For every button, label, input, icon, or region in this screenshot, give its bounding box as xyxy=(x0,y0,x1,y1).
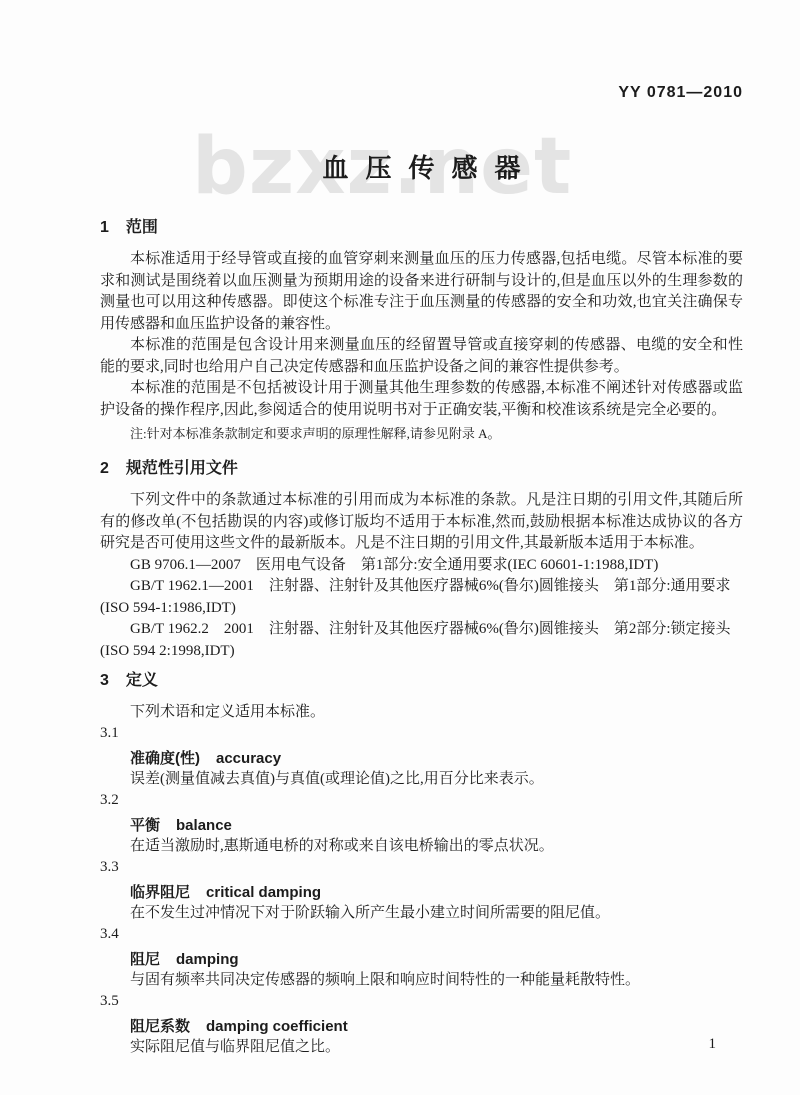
page-number: 1 xyxy=(709,1036,717,1053)
reference-line: GB 9706.1—2007 医用电气设备 第1部分:安全通用要求(IEC 60… xyxy=(100,555,743,577)
section-3-heading: 3定义 xyxy=(100,672,743,690)
term-name-cn: 临界阻尼 xyxy=(130,884,190,901)
term-name-cn: 准确度(性) xyxy=(130,750,200,767)
term-name-en: critical damping xyxy=(206,884,321,901)
reference-line: GB/T 1962.2 2001 注射器、注射针及其他医疗器械6%(鲁尔)圆锥接… xyxy=(100,619,743,641)
term-definition: 与固有频率共同决定传感器的频响上限和响应时间特性的一种能量耗散特性。 xyxy=(100,970,743,991)
section-1-number: 1 xyxy=(100,219,109,237)
term-number: 3.4 xyxy=(100,924,743,945)
term-name-en: damping coefficient xyxy=(206,1018,348,1035)
term-name: 平衡balance xyxy=(100,815,743,836)
section-1-paragraph: 本标准的范围是包含设计用来测量血压的经留置导管或直接穿刺的传感器、电缆的安全和性… xyxy=(100,335,743,378)
term-entry: 3.2 平衡balance 在适当激励时,惠斯通电桥的对称或来自该电桥输出的零点… xyxy=(100,790,743,857)
term-name-en: damping xyxy=(176,951,239,968)
term-name-en: balance xyxy=(176,817,232,834)
term-definition: 误差(测量值减去真值)与真值(或理论值)之比,用百分比来表示。 xyxy=(100,769,743,790)
term-definition: 在不发生过冲情况下对于阶跃输入所产生最小建立时间所需要的阻尼值。 xyxy=(100,903,743,924)
term-name: 临界阻尼critical damping xyxy=(100,882,743,903)
term-entry: 3.5 阻尼系数damping coefficient 实际阻尼值与临界阻尼值之… xyxy=(100,991,743,1058)
term-name: 阻尼系数damping coefficient xyxy=(100,1016,743,1037)
term-entry: 3.4 阻尼damping 与固有频率共同决定传感器的频响上限和响应时间特性的一… xyxy=(100,924,743,991)
reference-line: (ISO 594 2:1998,IDT) xyxy=(100,641,743,663)
reference-line: GB/T 1962.1—2001 注射器、注射针及其他医疗器械6%(鲁尔)圆锥接… xyxy=(100,576,743,598)
section-1-heading: 1范围 xyxy=(100,219,743,237)
section-3-number: 3 xyxy=(100,672,109,690)
document-page: bzxz.net YY 0781—2010 血压传感器 1范围 本标准适用于经导… xyxy=(0,0,800,1095)
term-name-cn: 平衡 xyxy=(130,817,160,834)
term-number: 3.2 xyxy=(100,790,743,811)
section-2-paragraph: 下列文件中的条款通过本标准的引用而成为本标准的条款。凡是注日期的引用文件,其随后… xyxy=(100,490,743,555)
terms-intro: 下列术语和定义适用本标准。 xyxy=(100,702,743,723)
term-name: 准确度(性)accuracy xyxy=(100,748,743,769)
section-2-heading: 2规范性引用文件 xyxy=(100,460,743,478)
term-entry: 3.1 准确度(性)accuracy 误差(测量值减去真值)与真值(或理论值)之… xyxy=(100,723,743,790)
section-2-title: 规范性引用文件 xyxy=(126,460,238,477)
reference-line: (ISO 594-1:1986,IDT) xyxy=(100,598,743,620)
section-1-paragraph: 本标准的范围是不包括被设计用于测量其他生理参数的传感器,本标准不阐述针对传感器或… xyxy=(100,378,743,421)
term-name-cn: 阻尼系数 xyxy=(130,1018,190,1035)
term-number: 3.3 xyxy=(100,857,743,878)
section-1-title: 范围 xyxy=(126,219,158,236)
term-name-cn: 阻尼 xyxy=(130,951,160,968)
term-name-en: accuracy xyxy=(216,750,281,767)
term-number: 3.5 xyxy=(100,991,743,1012)
section-2-number: 2 xyxy=(100,460,109,478)
term-name: 阻尼damping xyxy=(100,949,743,970)
term-entry: 3.3 临界阻尼critical damping 在不发生过冲情况下对于阶跃输入… xyxy=(100,857,743,924)
term-definition: 在适当激励时,惠斯通电桥的对称或来自该电桥输出的零点状况。 xyxy=(100,836,743,857)
standard-code: YY 0781—2010 xyxy=(100,84,743,102)
page-content: YY 0781—2010 血压传感器 1范围 本标准适用于经导管或直接的血管穿刺… xyxy=(0,0,800,1058)
document-title: 血压传感器 xyxy=(100,148,743,185)
section-3-title: 定义 xyxy=(126,672,158,689)
section-1-paragraph: 本标准适用于经导管或直接的血管穿刺来测量血压的压力传感器,包括电缆。尽管本标准的… xyxy=(100,249,743,335)
term-number: 3.1 xyxy=(100,723,743,744)
term-definition: 实际阻尼值与临界阻尼值之比。 xyxy=(100,1037,743,1058)
section-1-note: 注:针对本标准条款制定和要求声明的原理性解释,请参见附录 A。 xyxy=(100,424,743,444)
